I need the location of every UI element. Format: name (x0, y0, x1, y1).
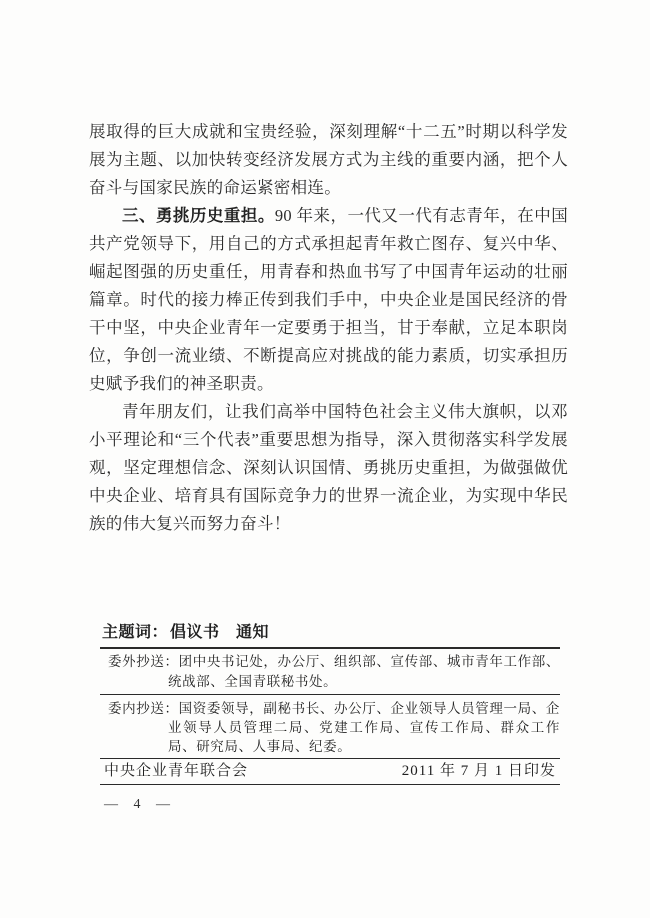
page-number: — 4 — (104, 797, 172, 813)
cc-external-text: 团中央书记处，办公厅、组织部、宣传部、城市青年工作部、统战部、全国青联秘书处。 (168, 654, 560, 689)
document-body: 展取得的巨大成就和宝贵经验，深刻理解“十二五”时期以科学发展为主题、以加快转变经… (89, 118, 568, 538)
cc-internal-label: 委内抄送： (108, 701, 179, 716)
document-page: 展取得的巨大成就和宝贵经验，深刻理解“十二五”时期以科学发展为主题、以加快转变经… (0, 0, 650, 918)
paragraph-continuation: 展取得的巨大成就和宝贵经验，深刻理解“十二五”时期以科学发展为主题、以加快转变经… (89, 118, 568, 202)
subject-terms: 倡议书 通知 (170, 624, 269, 641)
subject-label: 主题词： (102, 624, 168, 641)
subject-terms-row: 主题词：倡议书 通知 (100, 620, 560, 649)
paragraph-closing: 青年朋友们，让我们高举中国特色社会主义伟大旗帜，以邓小平理论和“三个代表”重要思… (89, 398, 568, 538)
cc-internal-row: 委内抄送：国资委领导，副秘书长、办公厅、企业领导人员管理一局、企业领导人员管理二… (100, 695, 560, 759)
cc-external-label: 委外抄送： (108, 654, 179, 669)
print-date: 2011 年 7 月 1 日印发 (402, 763, 556, 780)
section-three-heading: 三、勇挑历史重担。 (122, 206, 275, 225)
paragraph-section-three: 三、勇挑历史重担。90 年来，一代又一代有志青年，在中国共产党领导下，用自己的方… (89, 202, 568, 398)
cc-internal-text: 国资委领导，副秘书长、办公厅、企业领导人员管理一局、企业领导人员管理二局、党建工… (168, 701, 560, 754)
section-three-text: 90 年来，一代又一代有志青年，在中国共产党领导下，用自己的方式承担起青年救亡图… (89, 206, 568, 393)
document-tail: 主题词：倡议书 通知 委外抄送：团中央书记处，办公厅、组织部、宣传部、城市青年工… (100, 620, 560, 785)
cc-external-row: 委外抄送：团中央书记处，办公厅、组织部、宣传部、城市青年工作部、统战部、全国青联… (100, 649, 560, 695)
issue-row: 中央企业青年联合会 2011 年 7 月 1 日印发 (100, 759, 560, 785)
issuer-name: 中央企业青年联合会 (104, 763, 248, 780)
